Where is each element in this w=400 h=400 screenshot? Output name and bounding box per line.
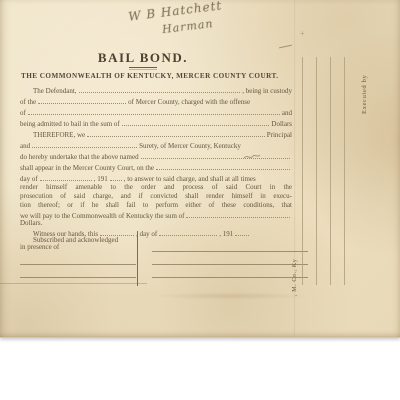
printed-text: THEREFORE, we [33,131,85,139]
title-rule [129,67,157,68]
printed-text: Dollars. [20,219,42,227]
form-line-8: shall appear in the Mercer County Court,… [20,162,292,171]
printed-text: render himself amenable to the order and… [20,183,292,191]
form-line-2: of theof Mercer County, charged with the… [20,96,292,105]
form-line-10: render himself amenable to the order and… [20,183,292,192]
back-panel-rule [344,57,345,285]
printed-text: Dollars [271,120,292,128]
printed-text: shall appear in the Mercer County Court,… [20,164,154,172]
signature-line [152,277,308,278]
back-panel-rule [316,57,317,285]
printed-text: , being in custody [242,87,292,95]
signature-line [20,277,136,278]
printed-text: in presence of [20,243,59,251]
form-line-1: The Defendant,, being in custody [20,85,292,94]
printed-text: Principal [267,131,292,139]
signature-line [20,264,136,265]
handwritten-surname: Harman [161,17,214,36]
printed-text: of Mercer County, charged with the offen… [128,98,250,106]
form-line-12: tion thereof; or if he shall fail to per… [20,201,292,210]
witness-brace [137,231,138,286]
back-panel-rule [302,57,303,285]
form-line-6: andSurety, of Mercer County, Kentucky [20,140,292,149]
printed-text: Surety, of Mercer County, Kentucky [139,142,241,150]
bail-bond-document: W B Hatchett Harman BAIL BOND. THE COMMO… [0,0,400,338]
signature-line [152,264,308,265]
court-heading: THE COMMONWEALTH OF KENTUCKY, MERCER COU… [21,72,293,80]
signature-line [152,251,308,252]
blank-fill-line [28,107,280,115]
paper-smudge [150,292,310,300]
scanned-page: W B Hatchett Harman BAIL BOND. THE COMMO… [0,0,400,400]
printed-text: tion thereof; or if he shall fail to per… [20,201,292,209]
blank-fill-line [235,228,249,236]
signature-line [0,283,147,284]
blank-fill-line [87,129,265,137]
printed-text: The Defendant, [33,87,77,95]
blank-fill-line [122,118,270,126]
blank-fill-line [186,210,290,218]
printed-text: being admitted to bail in the sum of [20,120,120,128]
pencil-cross-mark: + [300,29,305,38]
form-line-4: being admitted to bail in the sum ofDoll… [20,118,292,127]
blank-fill-line [156,162,290,170]
document-title: BAIL BOND. [73,50,213,66]
pencil-squiggle-mark [243,153,261,161]
form-line-5: THEREFORE, wePrincipal [20,129,292,138]
printed-text: of [20,109,26,117]
blank-fill-line [79,85,241,93]
blank-fill-line [141,151,290,159]
printed-text: prosecution of said charge, and if convi… [20,192,292,200]
form-line-3: ofand [20,107,292,116]
executed-by-label: Executed by [361,50,368,114]
blank-fill-line [40,173,92,181]
printed-text: do hereby undertake that the above named [20,153,139,161]
blank-fill-line [110,173,122,181]
county-endorsement-label: , M. Co., Ky [292,246,298,296]
blank-fill-line [32,140,137,148]
back-panel-rule [330,57,331,285]
printed-text: and [282,109,292,117]
blank-fill-line [38,96,126,104]
printed-text: of the [20,98,36,106]
printed-text: and [20,142,30,150]
form-line-9: day of, 191, to answer to said charge, a… [20,173,292,182]
form-line-11: prosecution of said charge, and if convi… [20,192,292,201]
pencil-dash-mark [279,45,292,49]
blank-fill-line [100,228,134,236]
blank-fill-line [159,228,217,236]
form-line-13: we will pay to the Commonwealth of Kentu… [20,210,292,219]
